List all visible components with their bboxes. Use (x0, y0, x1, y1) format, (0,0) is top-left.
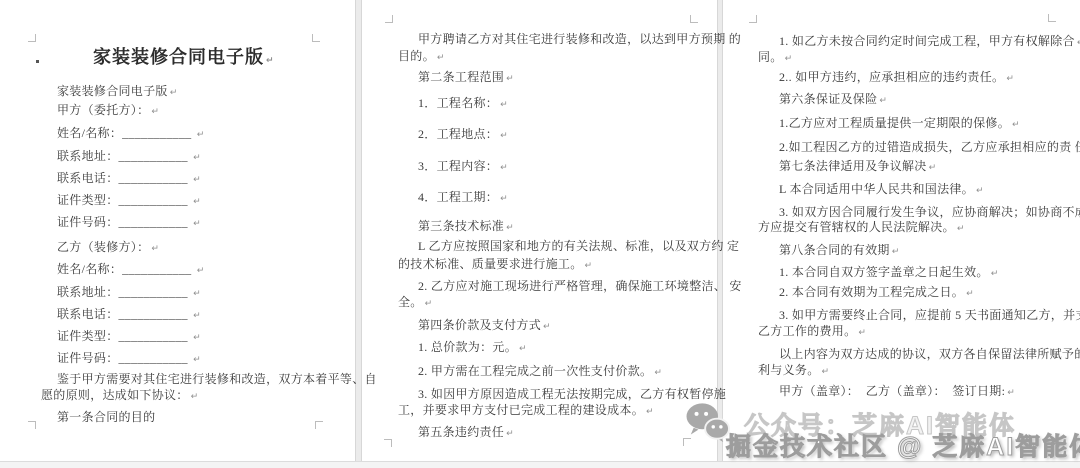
paragraph-mark-icon: ↵ (151, 244, 159, 254)
text-line: 甲方（盖章）： 乙方（盖章）： 签订日期:↵ (779, 383, 1015, 401)
text-line: 目的。↵ (398, 48, 444, 66)
text-content: 姓名/名称：___________ (57, 262, 195, 276)
paragraph-mark-icon: ↵ (197, 266, 205, 276)
paragraph-mark-icon: ↵ (193, 355, 201, 365)
text-content: 证件类型：___________ (57, 193, 191, 207)
paragraph-mark-icon: ↵ (991, 269, 999, 279)
paragraph-mark-icon: ↵ (506, 223, 514, 233)
text-content: 鉴于甲方需要对其住宅进行装修和改造，双方本着平等、自 (57, 372, 377, 386)
stray-mark (36, 60, 39, 63)
text-content: L 本合同适用中华人民共和国法律。 (779, 182, 974, 196)
text-content: 甲方聘请乙方对其住宅进行装修和改造，以达到甲方预期 的 (418, 32, 741, 46)
text-line: 甲方聘请乙方对其住宅进行装修和改造，以达到甲方预期 的 (418, 31, 741, 47)
text-line: 同。↵ (758, 49, 792, 67)
margin-corner-mark (28, 34, 36, 42)
text-content: 乙方工作的费用。 (758, 324, 856, 338)
text-line: 的技术标准、质量要求进行施工。↵ (398, 256, 592, 274)
paragraph-mark-icon: ↵ (957, 224, 965, 234)
paragraph-mark-icon: ↵ (193, 197, 201, 207)
text-line: 方应提交有管辖权的人民法院解决。↵ (758, 219, 964, 237)
text-content: 第八条合同的有效期 (779, 243, 890, 257)
text-line: 联系地址：___________ ↵ (57, 148, 201, 166)
margin-corner-mark (683, 438, 691, 446)
text-line: 第七条法律适用及争议解决↵ (779, 158, 936, 176)
paragraph-mark-icon: ↵ (193, 219, 201, 229)
text-line: 3. 如因甲方原因造成工程无法按期完成，乙方有权暂停施 (418, 386, 726, 402)
text-line: 3. 如双方因合同履行发生争议，应协商解决；如协商不成, 双 (779, 204, 1080, 220)
text-line: 1. 总价款为：元。↵ (418, 339, 527, 357)
margin-corner-mark (315, 421, 323, 429)
text-line: 1．工程名称：↵ (418, 95, 508, 113)
text-content: 2.. 如甲方违约，应承担相应的违约责任。 (779, 70, 1004, 84)
text-content: 证件号码：___________ (57, 215, 191, 229)
text-line: 乙方（装修方）：↵ (57, 239, 159, 257)
paragraph-mark-icon: ↵ (858, 328, 866, 338)
text-content: 利与义务。 (758, 363, 820, 377)
paragraph-mark-icon: ↵ (266, 56, 274, 66)
text-line: L 乙方应按照国家和地方的有关法规、标准，以及双方约 定 (418, 238, 739, 254)
text-line: 证件类型：___________ ↵ (57, 328, 201, 346)
text-content: 甲方（盖章）： 乙方（盖章）： 签订日期: (779, 384, 1005, 398)
text-line: 第三条技术标准↵ (418, 218, 514, 236)
text-content: 2. 甲方需在工程完成之前一次性支付价款。 (418, 364, 652, 378)
text-line: 第八条合同的有效期↵ (779, 242, 899, 260)
paragraph-mark-icon: ↵ (1012, 120, 1020, 130)
text-line: 2. 本合同有效期为工程完成之日。↵ (779, 284, 974, 302)
text-line: 第五条违约责任↵ (418, 424, 514, 442)
text-content: 家装装修合同电子版 (57, 84, 168, 98)
text-line: 甲方（委托方）：↵ (57, 102, 159, 120)
text-content: 证件号码：___________ (57, 351, 191, 365)
text-line: 2．工程地点：↵ (418, 126, 508, 144)
text-line: 愿的原则，达成如下协议：↵ (41, 387, 198, 405)
text-content: 家装装修合同电子版 (93, 47, 264, 67)
paragraph-mark-icon: ↵ (500, 131, 508, 141)
text-content: 同。 (758, 50, 783, 64)
text-line: 2. 甲方需在工程完成之前一次性支付价款。↵ (418, 363, 662, 381)
text-line: 联系电话：___________ ↵ (57, 306, 201, 324)
text-content: 联系地址：___________ (57, 285, 191, 299)
text-content: 愿的原则，达成如下协议： (41, 388, 189, 402)
text-content: 方应提交有管辖权的人民法院解决。 (758, 220, 955, 234)
margin-corner-mark (385, 15, 393, 23)
paragraph-mark-icon: ↵ (170, 88, 178, 98)
text-content: 4．工程工期： (418, 190, 498, 204)
text-line: 1.乙方应对工程质量提供一定期限的保修。↵ (779, 115, 1020, 133)
paragraph-mark-icon: ↵ (929, 163, 937, 173)
margin-corner-mark (384, 439, 392, 447)
text-content: 2.如工程因乙方的过错造成损失，乙方应承担相应的责 任。 (779, 140, 1080, 154)
text-content: 全。 (398, 295, 423, 309)
text-content: 2. 乙方应对施工现场进行严格管理，确保施工环境整洁、 安 (418, 279, 742, 293)
text-line: 利与义务。↵ (758, 362, 829, 380)
text-content: 3．工程内容： (418, 159, 498, 173)
text-line: 2.如工程因乙方的过错造成损失，乙方应承担相应的责 任。↵ (779, 139, 1080, 157)
text-content: 以上内容为双方达成的协议，双方各自保留法律所赋予的 权 (779, 347, 1080, 361)
text-content: 1. 如乙方未按合同约定时间完成工程，甲方有权解除合 (779, 34, 1075, 48)
paragraph-mark-icon: ↵ (785, 54, 793, 64)
paragraph-mark-icon: ↵ (966, 289, 974, 299)
text-content: 姓名/名称：___________ (57, 126, 195, 140)
text-line: 证件号码：___________ ↵ (57, 214, 201, 232)
paragraph-mark-icon: ↵ (193, 175, 201, 185)
text-line: 乙方工作的费用。↵ (758, 323, 866, 341)
paragraph-mark-icon: ↵ (191, 392, 199, 402)
text-content: 1. 总价款为：元。 (418, 340, 517, 354)
paragraph-mark-icon: ↵ (1006, 74, 1014, 84)
margin-corner-mark (749, 15, 757, 23)
text-content: 第六条保证及保险 (779, 92, 877, 106)
text-line: 4．工程工期：↵ (418, 189, 508, 207)
text-content: 2. 本合同有效期为工程完成之日。 (779, 285, 964, 299)
text-content: 1.乙方应对工程质量提供一定期限的保修。 (779, 116, 1010, 130)
text-content: 2．工程地点： (418, 127, 498, 141)
paragraph-mark-icon: ↵ (1007, 388, 1015, 398)
paragraph-mark-icon: ↵ (425, 299, 433, 309)
text-line: 姓名/名称：___________ ↵ (57, 261, 204, 279)
text-line: 联系电话：___________ ↵ (57, 170, 201, 188)
text-line: 第六条保证及保险↵ (779, 91, 887, 109)
text-line: 鉴于甲方需要对其住宅进行装修和改造，双方本着平等、自 (57, 371, 377, 387)
paragraph-mark-icon: ↵ (437, 53, 445, 63)
text-content: 甲方（委托方）： (57, 103, 149, 117)
text-line: 第四条价款及支付方式↵ (418, 317, 551, 335)
background-strip (0, 461, 1080, 468)
paragraph-mark-icon: ↵ (646, 407, 654, 417)
text-content: 目的。 (398, 49, 435, 63)
text-content: 的技术标准、质量要求进行施工。 (398, 257, 583, 271)
text-line: 3．工程内容：↵ (418, 158, 508, 176)
paragraph-mark-icon: ↵ (500, 194, 508, 204)
text-content: 工，并要求甲方支付已完成工程的建设成本。 (398, 403, 644, 417)
paragraph-mark-icon: ↵ (197, 130, 205, 140)
text-line: 2. 乙方应对施工现场进行严格管理，确保施工环境整洁、 安 (418, 278, 742, 294)
margin-corner-mark (28, 421, 36, 429)
text-content: L 乙方应按照国家和地方的有关法规、标准，以及双方约 定 (418, 239, 739, 253)
text-line: 姓名/名称：___________ ↵ (57, 125, 204, 143)
paragraph-mark-icon: ↵ (519, 344, 527, 354)
text-line: 证件类型：___________ ↵ (57, 192, 201, 210)
paragraph-mark-icon: ↵ (193, 333, 201, 343)
text-content: 乙方（装修方）： (57, 240, 149, 254)
paragraph-mark-icon: ↵ (193, 153, 201, 163)
text-content: 第三条技术标准 (418, 219, 504, 233)
paragraph-mark-icon: ↵ (543, 322, 551, 332)
text-line: 3. 如甲方需要终止合同，应提前 5 天书面通知乙方，并支 付 (779, 307, 1080, 323)
text-line: 家装装修合同电子版↵ (57, 83, 177, 101)
document-title: 家装装修合同电子版↵ (93, 46, 274, 72)
text-line: 第一条合同的目的 (57, 409, 155, 425)
paragraph-mark-icon: ↵ (506, 429, 514, 439)
paragraph-mark-icon: ↵ (506, 74, 514, 84)
margin-corner-mark (1048, 14, 1056, 22)
text-line: 第二条工程范围↵ (418, 69, 514, 87)
paragraph-mark-icon: ↵ (500, 100, 508, 110)
text-content: 第七条法律适用及争议解决 (779, 159, 927, 173)
paragraph-mark-icon: ↵ (193, 289, 201, 299)
text-content: 3. 如甲方需要终止合同，应提前 5 天书面通知乙方，并支 付 (779, 308, 1080, 322)
text-line: 全。↵ (398, 294, 432, 312)
text-content: 联系电话：___________ (57, 171, 191, 185)
paragraph-mark-icon: ↵ (892, 247, 900, 257)
text-line: 1. 如乙方未按合同约定时间完成工程，甲方有权解除合↵ (779, 33, 1080, 51)
text-line: 联系地址：___________ ↵ (57, 284, 201, 302)
paragraph-mark-icon: ↵ (193, 311, 201, 321)
paragraph-mark-icon: ↵ (585, 261, 593, 271)
text-content: 第一条合同的目的 (57, 410, 155, 424)
document-view: 家装装修合同电子版↵家装装修合同电子版↵甲方（委托方）：↵姓名/名称：_____… (0, 0, 1080, 468)
text-content: 证件类型：___________ (57, 329, 191, 343)
text-content: 1．工程名称： (418, 96, 498, 110)
margin-corner-mark (690, 15, 698, 23)
text-line: 2.. 如甲方违约，应承担相应的违约责任。↵ (779, 69, 1014, 87)
text-line: 工，并要求甲方支付已完成工程的建设成本。↵ (398, 402, 654, 420)
paragraph-mark-icon: ↵ (822, 367, 830, 377)
paragraph-mark-icon: ↵ (976, 186, 984, 196)
text-line: 证件号码：___________ ↵ (57, 350, 201, 368)
text-content: 联系地址：___________ (57, 149, 191, 163)
margin-corner-mark (312, 34, 320, 42)
paragraph-mark-icon: ↵ (879, 96, 887, 106)
text-content: 联系电话：___________ (57, 307, 191, 321)
text-content: 第二条工程范围 (418, 70, 504, 84)
text-content: 3. 如因甲方原因造成工程无法按期完成，乙方有权暂停施 (418, 387, 726, 401)
text-content: 第五条违约责任 (418, 425, 504, 439)
text-line: L 本合同适用中华人民共和国法律。↵ (779, 181, 984, 199)
paragraph-mark-icon: ↵ (151, 107, 159, 117)
paragraph-mark-icon: ↵ (654, 368, 662, 378)
text-content: 3. 如双方因合同履行发生争议，应协商解决；如协商不成, 双 (779, 205, 1080, 219)
text-content: 1. 本合同自双方签字盖章之日起生效。 (779, 265, 989, 279)
text-line: 以上内容为双方达成的协议，双方各自保留法律所赋予的 权 (779, 346, 1080, 362)
text-line: 1. 本合同自双方签字盖章之日起生效。↵ (779, 264, 998, 282)
text-content: 第四条价款及支付方式 (418, 318, 541, 332)
paragraph-mark-icon: ↵ (500, 163, 508, 173)
